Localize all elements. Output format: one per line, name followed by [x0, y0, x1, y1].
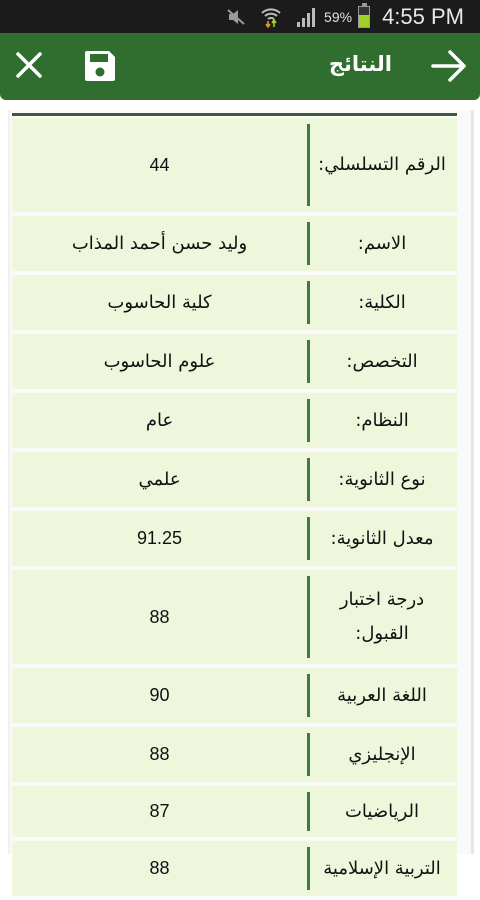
- row-label: الرقم التسلسلي:: [307, 118, 457, 212]
- row-label: معدل الثانوية:: [307, 511, 457, 566]
- row-value: 90: [12, 668, 307, 723]
- table-row: الاسم: وليد حسن أحمد المذاب: [12, 216, 457, 271]
- row-value: وليد حسن أحمد المذاب: [12, 216, 307, 271]
- table-row: الرقم التسلسلي: 44: [12, 118, 457, 212]
- battery-percent: 59%: [324, 9, 352, 25]
- row-value: كلية الحاسوب: [12, 275, 307, 330]
- row-label: الرياضيات: [307, 786, 457, 837]
- table-row: نوع الثانوية: علمي: [12, 452, 457, 507]
- row-value: عام: [12, 393, 307, 448]
- row-label: التربية الإسلامية: [307, 841, 457, 854]
- save-icon[interactable]: [83, 49, 117, 83]
- row-value: 88: [12, 841, 307, 854]
- table-row: معدل الثانوية: 91.25: [12, 511, 457, 566]
- results-table: الرقم التسلسلي: 44 الاسم: وليد حسن أحمد …: [12, 118, 457, 854]
- row-value: 88: [12, 727, 307, 782]
- app-bar: النتائج: [0, 33, 480, 100]
- divider: [12, 113, 457, 116]
- row-label: اللغة العربية: [307, 668, 457, 723]
- row-label: الكلية:: [307, 275, 457, 330]
- row-value: علوم الحاسوب: [12, 334, 307, 389]
- row-label: النظام:: [307, 393, 457, 448]
- results-card: الرقم التسلسلي: 44 الاسم: وليد حسن أحمد …: [8, 110, 474, 854]
- row-value: 44: [12, 118, 307, 212]
- mute-icon: [226, 8, 246, 26]
- row-label: الاسم:: [307, 216, 457, 271]
- row-label: درجة اختبار القبول:: [307, 570, 457, 664]
- table-row: الكلية: كلية الحاسوب: [12, 275, 457, 330]
- row-label: الإنجليزي: [307, 727, 457, 782]
- row-value: 91.25: [12, 511, 307, 566]
- wifi-icon: [260, 6, 282, 28]
- table-row: الرياضيات 87: [12, 786, 457, 837]
- table-row: التخصص: علوم الحاسوب: [12, 334, 457, 389]
- row-value: علمي: [12, 452, 307, 507]
- close-icon[interactable]: [14, 50, 44, 80]
- table-row: النظام: عام: [12, 393, 457, 448]
- clock: 4:55 PM: [382, 4, 464, 30]
- table-row: التربية الإسلامية 88: [12, 841, 457, 854]
- table-row: الإنجليزي 88: [12, 727, 457, 782]
- results-content[interactable]: الرقم التسلسلي: 44 الاسم: وليد حسن أحمد …: [0, 100, 480, 854]
- row-value: 88: [12, 570, 307, 664]
- row-value: 87: [12, 786, 307, 837]
- arrow-forward-icon[interactable]: [430, 48, 468, 84]
- signal-icon: [296, 7, 318, 27]
- row-label: التخصص:: [307, 334, 457, 389]
- page-title: النتائج: [329, 52, 392, 76]
- status-bar: 59% 4:55 PM: [0, 0, 480, 33]
- row-label: نوع الثانوية:: [307, 452, 457, 507]
- battery-icon: [358, 6, 370, 28]
- table-row: درجة اختبار القبول: 88: [12, 570, 457, 664]
- table-row: اللغة العربية 90: [12, 668, 457, 723]
